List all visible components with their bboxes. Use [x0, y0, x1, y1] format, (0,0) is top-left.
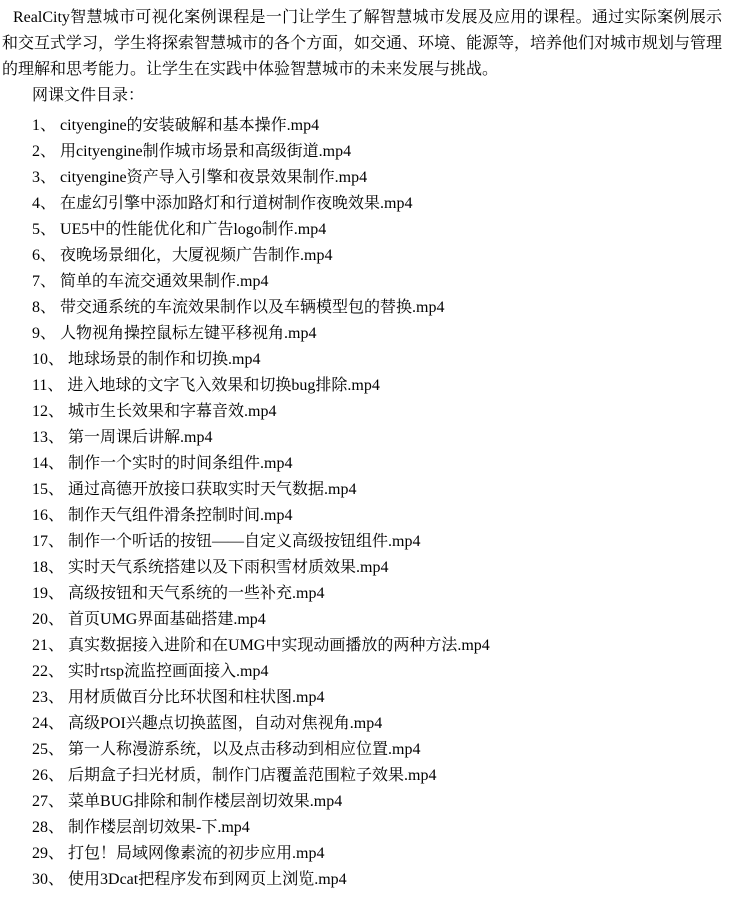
file-name: 用材质做百分比环状图和柱状图.mp4 — [68, 689, 324, 706]
file-number: 28、 — [32, 819, 64, 836]
file-name: 菜单BUG排除和制作楼层剖切效果.mp4 — [68, 793, 342, 810]
file-number: 10、 — [32, 351, 64, 368]
file-name: 第一人称漫游系统，以及点击移动到相应位置.mp4 — [68, 741, 420, 758]
list-item: 29、打包！局域网像素流的初步应用.mp4 — [32, 841, 748, 867]
file-number: 3、 — [32, 169, 56, 186]
list-item: 21、真实数据接入进阶和在UMG中实现动画播放的两种方法.mp4 — [32, 633, 748, 659]
file-name: 夜晚场景细化，大厦视频广告制作.mp4 — [60, 247, 332, 264]
file-number: 16、 — [32, 507, 64, 524]
file-number: 5、 — [32, 221, 56, 238]
list-item: 22、实时rtsp流监控画面接入.mp4 — [32, 659, 748, 685]
file-name: cityengine资产导入引擎和夜景效果制作.mp4 — [60, 169, 367, 186]
file-number: 26、 — [32, 767, 64, 784]
file-name: 首页UMG界面基础搭建.mp4 — [68, 611, 266, 628]
file-number: 14、 — [32, 455, 64, 472]
file-number: 7、 — [32, 273, 56, 290]
file-name: 用cityengine制作城市场景和高级街道.mp4 — [60, 143, 351, 160]
file-name: 城市生长效果和字幕音效.mp4 — [68, 403, 276, 420]
file-number: 20、 — [32, 611, 64, 628]
list-item: 8、带交通系统的车流效果制作以及车辆模型包的替换.mp4 — [32, 295, 748, 321]
list-item: 1、cityengine的安装破解和基本操作.mp4 — [32, 113, 748, 139]
file-name: 制作一个听话的按钮——自定义高级按钮组件.mp4 — [68, 533, 420, 550]
list-item: 13、第一周课后讲解.mp4 — [32, 425, 748, 451]
file-name: 高级按钮和天气系统的一些补充.mp4 — [68, 585, 324, 602]
file-number: 25、 — [32, 741, 64, 758]
file-name: 制作楼层剖切效果-下.mp4 — [68, 819, 250, 836]
list-item: 4、在虚幻引擎中添加路灯和行道树制作夜晚效果.mp4 — [32, 191, 748, 217]
file-number: 29、 — [32, 845, 64, 862]
file-name: 带交通系统的车流效果制作以及车辆模型包的替换.mp4 — [60, 299, 444, 316]
file-number: 27、 — [32, 793, 64, 810]
file-list: 1、cityengine的安装破解和基本操作.mp42、用cityengine制… — [32, 113, 748, 893]
file-number: 18、 — [32, 559, 64, 576]
file-number: 15、 — [32, 481, 64, 498]
file-name: 简单的车流交通效果制作.mp4 — [60, 273, 268, 290]
file-number: 30、 — [32, 871, 64, 888]
file-name: 进入地球的文字飞入效果和切换bug排除.mp4 — [67, 377, 379, 394]
list-item: 7、简单的车流交通效果制作.mp4 — [32, 269, 748, 295]
list-item: 30、使用3Dcat把程序发布到网页上浏览.mp4 — [32, 867, 748, 893]
file-name: 制作天气组件滑条控制时间.mp4 — [68, 507, 292, 524]
file-name: cityengine的安装破解和基本操作.mp4 — [60, 117, 319, 134]
file-number: 24、 — [32, 715, 64, 732]
file-name: 制作一个实时的时间条组件.mp4 — [68, 455, 292, 472]
file-name: 高级POI兴趣点切换蓝图，自动对焦视角.mp4 — [68, 715, 382, 732]
file-number: 19、 — [32, 585, 64, 602]
list-item: 12、城市生长效果和字幕音效.mp4 — [32, 399, 748, 425]
document-page: RealCity智慧城市可视化案例课程是一门让学生了解智慧城市发展及应用的课程。… — [0, 0, 750, 900]
file-number: 1、 — [32, 117, 56, 134]
list-item: 28、制作楼层剖切效果-下.mp4 — [32, 815, 748, 841]
file-number: 22、 — [32, 663, 64, 680]
list-item: 18、实时天气系统搭建以及下雨积雪材质效果.mp4 — [32, 555, 748, 581]
file-name: 真实数据接入进阶和在UMG中实现动画播放的两种方法.mp4 — [68, 637, 490, 654]
list-item: 11、进入地球的文字飞入效果和切换bug排除.mp4 — [32, 373, 748, 399]
list-item: 17、制作一个听话的按钮——自定义高级按钮组件.mp4 — [32, 529, 748, 555]
file-number: 23、 — [32, 689, 64, 706]
file-name: UE5中的性能优化和广告logo制作.mp4 — [60, 221, 326, 238]
list-item: 10、地球场景的制作和切换.mp4 — [32, 347, 748, 373]
list-item: 23、用材质做百分比环状图和柱状图.mp4 — [32, 685, 748, 711]
list-item: 9、人物视角操控鼠标左键平移视角.mp4 — [32, 321, 748, 347]
list-item: 16、制作天气组件滑条控制时间.mp4 — [32, 503, 748, 529]
file-name: 实时天气系统搭建以及下雨积雪材质效果.mp4 — [68, 559, 388, 576]
list-item: 6、夜晚场景细化，大厦视频广告制作.mp4 — [32, 243, 748, 269]
file-name: 人物视角操控鼠标左键平移视角.mp4 — [60, 325, 316, 342]
file-number: 13、 — [32, 429, 64, 446]
list-item: 14、制作一个实时的时间条组件.mp4 — [32, 451, 748, 477]
list-item: 19、高级按钮和天气系统的一些补充.mp4 — [32, 581, 748, 607]
file-number: 11、 — [32, 377, 63, 394]
file-number: 2、 — [32, 143, 56, 160]
list-item: 26、后期盒子扫光材质，制作门店覆盖范围粒子效果.mp4 — [32, 763, 748, 789]
list-item: 25、第一人称漫游系统，以及点击移动到相应位置.mp4 — [32, 737, 748, 763]
file-number: 8、 — [32, 299, 56, 316]
file-number: 17、 — [32, 533, 64, 550]
file-name: 地球场景的制作和切换.mp4 — [68, 351, 260, 368]
course-description: RealCity智慧城市可视化案例课程是一门让学生了解智慧城市发展及应用的课程。… — [2, 5, 722, 83]
file-name: 后期盒子扫光材质，制作门店覆盖范围粒子效果.mp4 — [68, 767, 436, 784]
file-name: 使用3Dcat把程序发布到网页上浏览.mp4 — [68, 871, 347, 888]
file-number: 4、 — [32, 195, 56, 212]
file-name: 通过高德开放接口获取实时天气数据.mp4 — [68, 481, 356, 498]
list-item: 27、菜单BUG排除和制作楼层剖切效果.mp4 — [32, 789, 748, 815]
file-number: 9、 — [32, 325, 56, 342]
file-number: 21、 — [32, 637, 64, 654]
list-item: 3、cityengine资产导入引擎和夜景效果制作.mp4 — [32, 165, 748, 191]
list-item: 24、高级POI兴趣点切换蓝图，自动对焦视角.mp4 — [32, 711, 748, 737]
file-number: 12、 — [32, 403, 64, 420]
file-number: 6、 — [32, 247, 56, 264]
list-item: 15、通过高德开放接口获取实时天气数据.mp4 — [32, 477, 748, 503]
file-name: 实时rtsp流监控画面接入.mp4 — [68, 663, 268, 680]
file-name: 打包！局域网像素流的初步应用.mp4 — [68, 845, 324, 862]
list-item: 2、用cityengine制作城市场景和高级街道.mp4 — [32, 139, 748, 165]
file-name: 第一周课后讲解.mp4 — [68, 429, 212, 446]
file-name: 在虚幻引擎中添加路灯和行道树制作夜晚效果.mp4 — [60, 195, 412, 212]
directory-heading: 网课文件目录： — [32, 83, 748, 109]
list-item: 20、首页UMG界面基础搭建.mp4 — [32, 607, 748, 633]
list-item: 5、UE5中的性能优化和广告logo制作.mp4 — [32, 217, 748, 243]
